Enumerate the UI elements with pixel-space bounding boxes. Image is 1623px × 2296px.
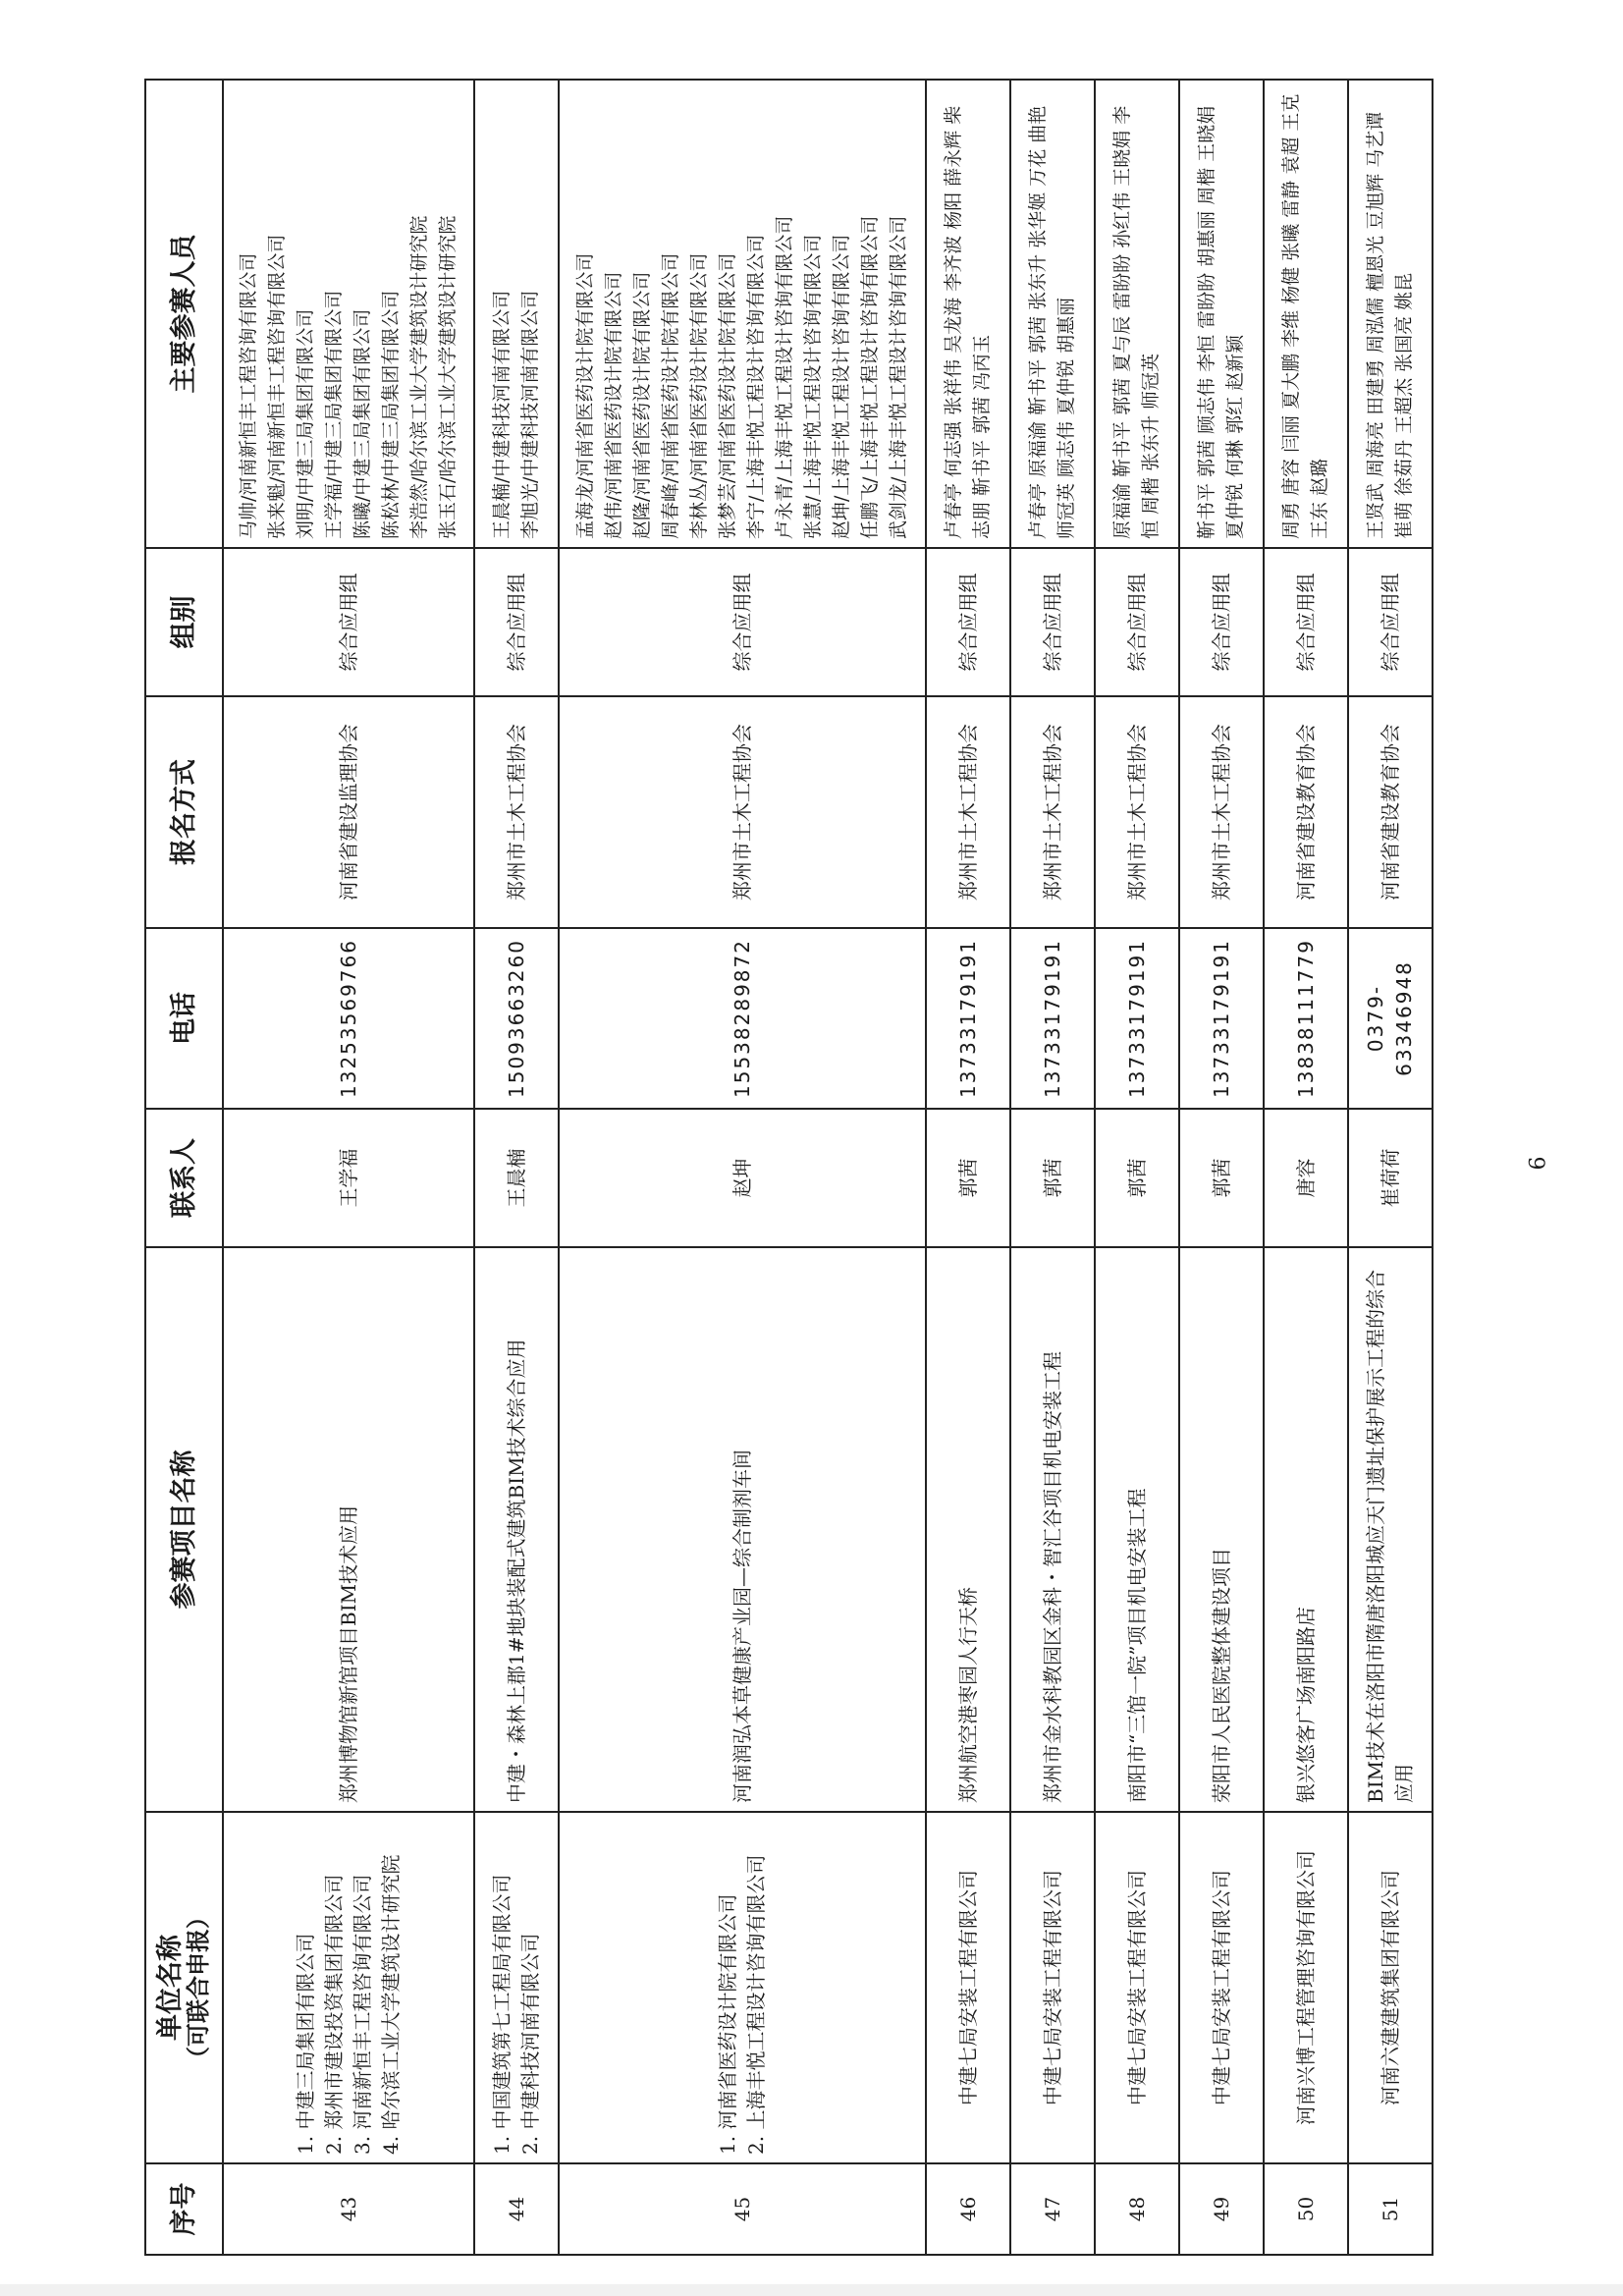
- header-contact: 联系人: [145, 1109, 223, 1247]
- cell-group: 综合应用组: [1179, 548, 1264, 696]
- member-entry: 陈松林/中建三局集团有限公司: [377, 88, 406, 539]
- header-group: 组别: [145, 548, 223, 696]
- cell-group: 综合应用组: [1095, 548, 1179, 696]
- header-phone: 电话: [145, 928, 223, 1109]
- scan-edge: [0, 2284, 1623, 2296]
- page-number: 6: [1527, 1157, 1551, 1171]
- cell-project: 郑州市金水科教园区金科・智汇谷项目机电安装工程: [1010, 1247, 1095, 1812]
- cell-unit: 1. 中建三局集团有限公司2. 郑州市建设投资集团有限公司3. 河南新恒丰工程咨…: [223, 1812, 474, 2163]
- cell-members: 王贤武 周海亮 田建勇 周泓儒 檀恩光 豆旭辉 马艺谭 崔萌 徐茹丹 王超杰 张…: [1348, 80, 1433, 548]
- table-row: 48中建七局安装工程有限公司南阳市“三馆一院”项目机电安装工程郭茜1373317…: [1095, 80, 1179, 2255]
- cell-group: 综合应用组: [926, 548, 1010, 696]
- unit-name: 2. 郑州市建设投资集团有限公司: [320, 1821, 349, 2155]
- header-unit-subtitle: （可联合申报）: [185, 1821, 213, 2155]
- cell-members: 靳书平 郭茜 顾志伟 李恒 雷盼盼 胡惠丽 周楷 王晓娟 夏仲锐 何琳 郭红 赵…: [1179, 80, 1264, 548]
- header-index: 序号: [145, 2163, 223, 2255]
- cell-index: 51: [1348, 2163, 1433, 2255]
- cell-registration: 河南省建设监理协会: [223, 696, 474, 928]
- cell-index: 46: [926, 2163, 1010, 2255]
- unit-name: 3. 河南新恒丰工程咨询有限公司: [349, 1821, 377, 2155]
- cell-index: 50: [1264, 2163, 1348, 2255]
- header-project: 参赛项目名称: [145, 1247, 223, 1812]
- cell-contact: 王学福: [223, 1109, 474, 1247]
- cell-phone: 13733179191: [926, 928, 1010, 1109]
- cell-members: 王晨楠/中建科技河南有限公司李旭光/中建科技河南有限公司: [474, 80, 559, 548]
- cell-group: 综合应用组: [474, 548, 559, 696]
- unit-name: 4. 哈尔滨工业大学建筑设计研究院: [377, 1821, 406, 2155]
- cell-registration: 郑州市土木工程协会: [559, 696, 926, 928]
- member-entry: 李宁/上海丰悦工程设计咨询有限公司: [742, 88, 771, 539]
- cell-index: 43: [223, 2163, 474, 2255]
- cell-unit: 1. 中国建筑第七工程局有限公司2. 中建科技河南有限公司: [474, 1812, 559, 2163]
- cell-index: 48: [1095, 2163, 1179, 2255]
- unit-name: 中建七局安装工程有限公司: [1208, 1821, 1236, 2155]
- member-entry: 赵坤/上海丰悦工程设计咨询有限公司: [828, 88, 856, 539]
- header-unit-title: 单位名称: [155, 1935, 186, 2041]
- member-entry: 刘明/中建三局集团有限公司: [292, 88, 320, 539]
- cell-contact: 王晨楠: [474, 1109, 559, 1247]
- unit-name: 1. 河南省医药设计院有限公司: [714, 1821, 742, 2155]
- cell-contact: 郭茜: [926, 1109, 1010, 1247]
- cell-unit: 河南六建建筑集团有限公司: [1348, 1812, 1433, 2163]
- table-row: 50河南兴博工程管理咨询有限公司银兴悠客广场南阳路店唐容13838111779河…: [1264, 80, 1348, 2255]
- cell-contact: 郭茜: [1179, 1109, 1264, 1247]
- member-entry: 张梦芸/河南省医药设计院有限公司: [714, 88, 742, 539]
- unit-name: 2. 上海丰悦工程设计咨询有限公司: [742, 1821, 771, 2155]
- cell-project: 郑州博物馆新馆项目BIM技术应用: [223, 1247, 474, 1812]
- member-entry: 武剑龙/上海丰悦工程设计咨询有限公司: [885, 88, 913, 539]
- cell-phone: 0379-63346948: [1348, 928, 1433, 1109]
- member-entry: 赵伟/河南省医药设计院有限公司: [600, 88, 628, 539]
- cell-phone: 15538289872: [559, 928, 926, 1109]
- member-entry: 张玉石/哈尔滨工业大学建筑设计研究院: [434, 88, 462, 539]
- member-entry: 王贤武 周海亮 田建勇 周泓儒 檀恩光 豆旭辉 马艺谭 崔萌 徐茹丹 王超杰 张…: [1362, 88, 1419, 539]
- table-row: 431. 中建三局集团有限公司2. 郑州市建设投资集团有限公司3. 河南新恒丰工…: [223, 80, 474, 2255]
- member-entry: 张慧/上海丰悦工程设计咨询有限公司: [799, 88, 828, 539]
- member-entry: 周春峰/河南省医药设计院有限公司: [657, 88, 685, 539]
- cell-registration: 河南省建设教育协会: [1348, 696, 1433, 928]
- cell-project: 中建・森林上郡1#地块装配式建筑BIM技术综合应用: [474, 1247, 559, 1812]
- cell-phone: 15093663260: [474, 928, 559, 1109]
- cell-registration: 郑州市土木工程协会: [474, 696, 559, 928]
- cell-registration: 郑州市土木工程协会: [1095, 696, 1179, 928]
- unit-name: 2. 中建科技河南有限公司: [516, 1821, 545, 2155]
- member-entry: 周勇 唐容 闫丽 夏大鹏 李维 杨健 张曦 雷静 袁超 王克 王东 赵璐: [1277, 88, 1334, 539]
- cell-unit: 中建七局安装工程有限公司: [1179, 1812, 1264, 2163]
- competition-entries-table: 序号 单位名称 （可联合申报） 参赛项目名称 联系人 电话 报名方式 组别 主要…: [144, 79, 1434, 2256]
- cell-unit: 中建七局安装工程有限公司: [1095, 1812, 1179, 2163]
- cell-members: 孟海龙/河南省医药设计院有限公司赵伟/河南省医药设计院有限公司赵隆/河南省医药设…: [559, 80, 926, 548]
- table-row: 49中建七局安装工程有限公司荥阳市人民医院整体建设项目郭茜13733179191…: [1179, 80, 1264, 2255]
- table-row: 51河南六建建筑集团有限公司BIM技术在洛阳市隋唐洛阳城应天门遗址保护展示工程的…: [1348, 80, 1433, 2255]
- cell-members: 周勇 唐容 闫丽 夏大鹏 李维 杨健 张曦 雷静 袁超 王克 王东 赵璐: [1264, 80, 1348, 548]
- member-entry: 靳书平 郭茜 顾志伟 李恒 雷盼盼 胡惠丽 周楷 王晓娟 夏仲锐 何琳 郭红 赵…: [1193, 88, 1250, 539]
- unit-name: 河南兴博工程管理咨询有限公司: [1292, 1821, 1321, 2155]
- cell-members: 卢春亭 原福渝 靳书平 郭茜 张东升 张华姬 万花 曲艳 师冠英 顾志伟 夏仲锐…: [1010, 80, 1095, 548]
- header-members: 主要参赛人员: [145, 80, 223, 548]
- cell-index: 44: [474, 2163, 559, 2255]
- cell-unit: 中建七局安装工程有限公司: [1010, 1812, 1095, 2163]
- table-body: 431. 中建三局集团有限公司2. 郑州市建设投资集团有限公司3. 河南新恒丰工…: [223, 80, 1433, 2255]
- cell-contact: 赵坤: [559, 1109, 926, 1247]
- cell-project: BIM技术在洛阳市隋唐洛阳城应天门遗址保护展示工程的综合应用: [1348, 1247, 1433, 1812]
- table-row: 441. 中国建筑第七工程局有限公司2. 中建科技河南有限公司中建・森林上郡1#…: [474, 80, 559, 2255]
- member-entry: 陈曦/中建三局集团有限公司: [349, 88, 377, 539]
- unit-name: 中建七局安装工程有限公司: [954, 1821, 983, 2155]
- unit-name: 1. 中国建筑第七工程局有限公司: [488, 1821, 516, 2155]
- cell-phone: 13733179191: [1095, 928, 1179, 1109]
- cell-group: 综合应用组: [1264, 548, 1348, 696]
- cell-contact: 唐容: [1264, 1109, 1348, 1247]
- cell-project: 荥阳市人民医院整体建设项目: [1179, 1247, 1264, 1812]
- cell-index: 45: [559, 2163, 926, 2255]
- cell-group: 综合应用组: [223, 548, 474, 696]
- cell-phone: 13733179191: [1010, 928, 1095, 1109]
- cell-members: 原福渝 靳书平 郭茜 夏与辰 雷盼盼 孙红伟 王晓娟 李恒 周楷 张东升 师冠英: [1095, 80, 1179, 548]
- cell-project: 银兴悠客广场南阳路店: [1264, 1247, 1348, 1812]
- unit-name: 1. 中建三局集团有限公司: [292, 1821, 320, 2155]
- table-row: 451. 河南省医药设计院有限公司2. 上海丰悦工程设计咨询有限公司河南润弘本草…: [559, 80, 926, 2255]
- cell-project: 南阳市“三馆一院”项目机电安装工程: [1095, 1247, 1179, 1812]
- unit-name: 河南六建建筑集团有限公司: [1377, 1821, 1405, 2155]
- member-entry: 卢春亭 原福渝 靳书平 郭茜 张东升 张华姬 万花 曲艳 师冠英 顾志伟 夏仲锐…: [1024, 88, 1081, 539]
- header-unit: 单位名称 （可联合申报）: [145, 1812, 223, 2163]
- member-entry: 赵隆/河南省医药设计院有限公司: [628, 88, 657, 539]
- cell-index: 49: [1179, 2163, 1264, 2255]
- unit-name: 中建七局安装工程有限公司: [1039, 1821, 1067, 2155]
- member-entry: 王晨楠/中建科技河南有限公司: [488, 88, 516, 539]
- cell-registration: 河南省建设教育协会: [1264, 696, 1348, 928]
- member-entry: 卢春亭 何志强 张祥伟 吴龙海 李齐波 杨阳 薛永辉 柴志朋 靳书平 郭茜 冯丙…: [940, 88, 997, 539]
- member-entry: 李浩然/哈尔滨工业大学建筑设计研究院: [406, 88, 434, 539]
- cell-members: 卢春亭 何志强 张祥伟 吴龙海 李齐波 杨阳 薛永辉 柴志朋 靳书平 郭茜 冯丙…: [926, 80, 1010, 548]
- cell-phone: 13733179191: [1179, 928, 1264, 1109]
- cell-registration: 郑州市土木工程协会: [926, 696, 1010, 928]
- cell-phone: 13838111779: [1264, 928, 1348, 1109]
- cell-contact: 郭茜: [1010, 1109, 1095, 1247]
- cell-group: 综合应用组: [559, 548, 926, 696]
- member-entry: 任鹏飞/上海丰悦工程设计咨询有限公司: [856, 88, 885, 539]
- unit-name: 中建七局安装工程有限公司: [1123, 1821, 1152, 2155]
- member-entry: 张来魁/河南新恒丰工程咨询有限公司: [263, 88, 292, 539]
- member-entry: 卢永青/上海丰悦工程设计咨询有限公司: [771, 88, 799, 539]
- cell-project: 河南润弘本草健康产业园—综合制剂车间: [559, 1247, 926, 1812]
- cell-unit: 1. 河南省医药设计院有限公司2. 上海丰悦工程设计咨询有限公司: [559, 1812, 926, 2163]
- cell-registration: 郑州市土木工程协会: [1010, 696, 1095, 928]
- table-row: 46中建七局安装工程有限公司郑州航空港枣园人行天桥郭茜13733179191郑州…: [926, 80, 1010, 2255]
- cell-unit: 河南兴博工程管理咨询有限公司: [1264, 1812, 1348, 2163]
- cell-contact: 郭茜: [1095, 1109, 1179, 1247]
- rotated-table-container: 序号 单位名称 （可联合申报） 参赛项目名称 联系人 电话 报名方式 组别 主要…: [144, 81, 1433, 2256]
- member-entry: 李林丛/河南省医药设计院有限公司: [685, 88, 714, 539]
- table-row: 47中建七局安装工程有限公司郑州市金水科教园区金科・智汇谷项目机电安装工程郭茜1…: [1010, 80, 1095, 2255]
- header-registration: 报名方式: [145, 696, 223, 928]
- cell-index: 47: [1010, 2163, 1095, 2255]
- member-entry: 王学福/中建三局集团有限公司: [320, 88, 349, 539]
- table-header-row: 序号 单位名称 （可联合申报） 参赛项目名称 联系人 电话 报名方式 组别 主要…: [145, 80, 223, 2255]
- cell-project: 郑州航空港枣园人行天桥: [926, 1247, 1010, 1812]
- member-entry: 原福渝 靳书平 郭茜 夏与辰 雷盼盼 孙红伟 王晓娟 李恒 周楷 张东升 师冠英: [1109, 88, 1165, 539]
- cell-members: 马帅/河南新恒丰工程咨询有限公司张来魁/河南新恒丰工程咨询有限公司刘明/中建三局…: [223, 80, 474, 548]
- cell-registration: 郑州市土木工程协会: [1179, 696, 1264, 928]
- member-entry: 孟海龙/河南省医药设计院有限公司: [571, 88, 600, 539]
- cell-group: 综合应用组: [1010, 548, 1095, 696]
- cell-group: 综合应用组: [1348, 548, 1433, 696]
- cell-unit: 中建七局安装工程有限公司: [926, 1812, 1010, 2163]
- member-entry: 马帅/河南新恒丰工程咨询有限公司: [235, 88, 263, 539]
- cell-contact: 崔荷荷: [1348, 1109, 1433, 1247]
- cell-phone: 13253569766: [223, 928, 474, 1109]
- member-entry: 李旭光/中建科技河南有限公司: [516, 88, 545, 539]
